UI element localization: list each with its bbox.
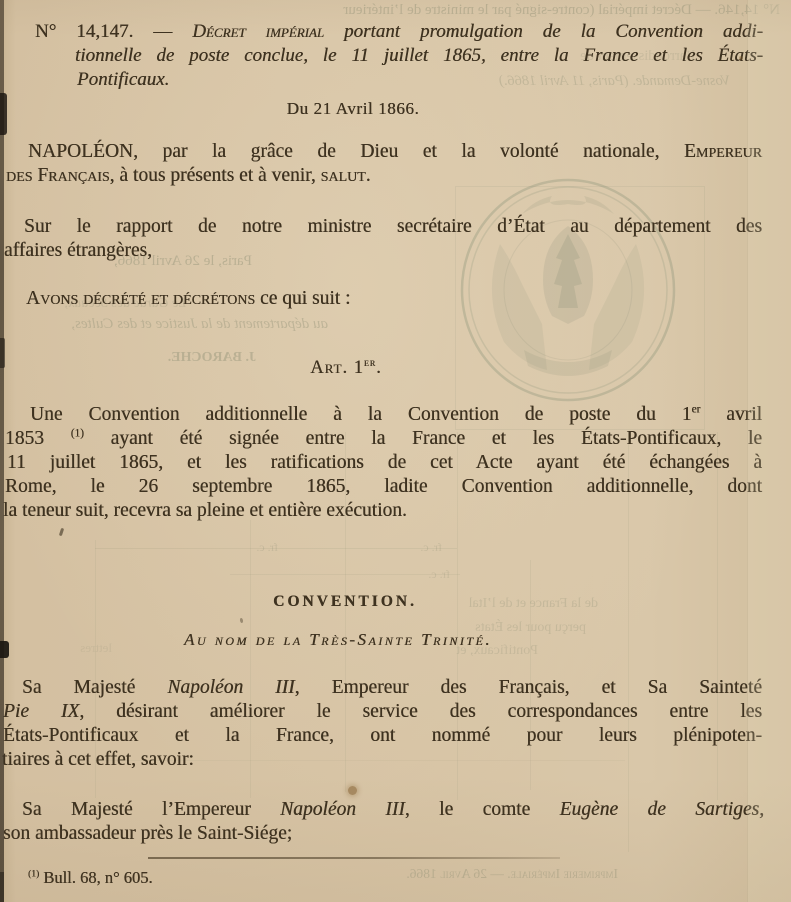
convention-title: CONVENTION. (0, 590, 690, 614)
bleedthrough-row-rule (230, 574, 460, 575)
preamble-line-2-middle: , à tous présents et à venir, (110, 165, 321, 186)
bleedthrough-top-line: N° 14,146. — Décret impérial (contre-sig… (255, 2, 780, 19)
article-1-line-1-sup: er (692, 404, 701, 416)
avons-decrete-rest: ce qui suit : (255, 288, 350, 309)
edge-mark (0, 872, 4, 902)
bleedthrough-imprimerie: Imprimerie Impériale. — 26 Avril 1866. (283, 866, 618, 882)
preamble-line-2: des Français, à tous présents et à venir… (6, 164, 371, 188)
des-francais-smallcaps: des Français (6, 165, 110, 186)
ink-stain (739, 56, 743, 60)
page-right-edge (747, 0, 791, 902)
p1-line-1a: Sa Majesté (22, 677, 167, 698)
preamble-line-2-end: . (366, 165, 371, 186)
rapport-line-2: affaires étrangères, (4, 239, 152, 263)
preamble-line-1: NAPOLÉON, par la grâce de Dieu et la vol… (28, 140, 762, 165)
napoleon-iii-italic-2: Napoléon III (280, 799, 405, 820)
decree-number: N° 14,147. — (35, 21, 192, 42)
napoleon-invocation: NAPOLÉON, par la grâce de Dieu et la vol… (28, 141, 684, 162)
decree-heading-line-2: tionnelle de poste conclue, le 11 juille… (75, 44, 763, 69)
article-1-line-1a: Une Convention additionnelle à la Conven… (30, 404, 692, 425)
article-1-line-5: la teneur suit, recevra sa pleine et ent… (3, 499, 407, 523)
decree-heading-line-1-rest: portant promulgation de la Convention ad… (324, 21, 763, 42)
bleedthrough-column-rule (250, 520, 251, 798)
decree-type: Décret impérial (192, 21, 324, 42)
footnote-rule (148, 857, 560, 859)
article-1-dot: . (376, 358, 382, 378)
bleedthrough-row-rule (95, 548, 457, 549)
pie-ix-italic: Pie IX (3, 701, 79, 722)
bleedthrough-date-fragment: Vosne-Demande. (Paris, 11 Avril 1866.) (295, 73, 730, 90)
bleedthrough-departement: au département de la Justice et des Cult… (86, 316, 328, 333)
sartiges-italic: Eugène de Sartiges, (560, 799, 764, 820)
ink-stain (348, 786, 357, 795)
decree-heading-line-3: Pontificaux. (77, 68, 169, 92)
footnote-marker: (1) (28, 869, 39, 880)
article-1-sup: er (364, 357, 376, 369)
article-1-line-2a: 1853 (5, 428, 71, 449)
decree-date: Du 21 Avril 1866. (0, 97, 706, 121)
napoleon-iii-italic: Napoléon III (167, 677, 294, 698)
trinity-invocation: Au nom de la Très-Sainte Trinité. (0, 628, 676, 652)
article-1-heading: Art. 1er. (286, 356, 406, 380)
ink-fleck (240, 618, 244, 624)
bleedthrough-signature: J. BAROCHE. (164, 350, 256, 366)
edge-mark (0, 641, 9, 658)
ink-fleck (59, 528, 64, 537)
article-1-line-4: Rome, le 26 septembre 1865, ladite Conve… (5, 475, 762, 500)
scanned-decree-page: N° 14,146. — Décret impérial (contre-sig… (0, 0, 791, 902)
plenipotentiaries-line-4: tiaires à cet effet, savoir: (2, 748, 194, 772)
edge-mark (0, 93, 7, 135)
article-1-label: Art. 1 (310, 358, 364, 378)
footnote-marker-inline: (1) (71, 428, 84, 440)
article-1-line-3: 11 juillet 1865, et les ratifications de… (7, 451, 762, 476)
article-1-line-1: Une Convention additionnelle à la Conven… (30, 403, 762, 428)
footnote: (1) Bull. 68, n° 605. (28, 866, 153, 890)
decree-heading-line-1: N° 14,147. — Décret impérial portant pro… (35, 20, 763, 45)
salut-smallcaps: salut (321, 165, 366, 186)
avons-decrete-line: Avons décrété et décrétons ce qui suit : (26, 287, 350, 311)
plenipotentiaries-line-1: Sa Majesté Napoléon III, Empereur des Fr… (22, 676, 762, 701)
p1-line-1b: , Empereur des Français, et Sa Sainteté (295, 677, 762, 698)
plenipotentiaries-line-3: États-Pontificaux et la France, ont nomm… (3, 724, 762, 749)
footnote-text: Bull. 68, n° 605. (39, 868, 152, 887)
avons-decrete-smallcaps: Avons décrété et décrétons (26, 288, 255, 309)
ambassador-line-2: son ambassadeur près le Saint-Siége; (3, 822, 292, 846)
p1-line-2b: , désirant améliorer le service des corr… (79, 701, 762, 722)
binding-edge-shadow (0, 0, 4, 902)
edge-mark (0, 338, 5, 368)
p2-line-1b: , le comte (405, 799, 560, 820)
plenipotentiaries-line-2: Pie IX, désirant améliorer le service de… (3, 700, 762, 725)
rapport-line-1: Sur le rapport de notre ministre secréta… (24, 215, 762, 240)
p2-line-1a: Sa Majesté l’Empereur (22, 799, 280, 820)
ambassador-line-1: Sa Majesté l’Empereur Napoléon III, le c… (22, 798, 764, 823)
article-1-line-2: 1853 (1) ayant été signée entre la Franc… (5, 427, 762, 452)
imperial-seal-icon (452, 174, 684, 406)
article-1-line-2b: ayant été signée entre la France et les … (84, 428, 762, 449)
